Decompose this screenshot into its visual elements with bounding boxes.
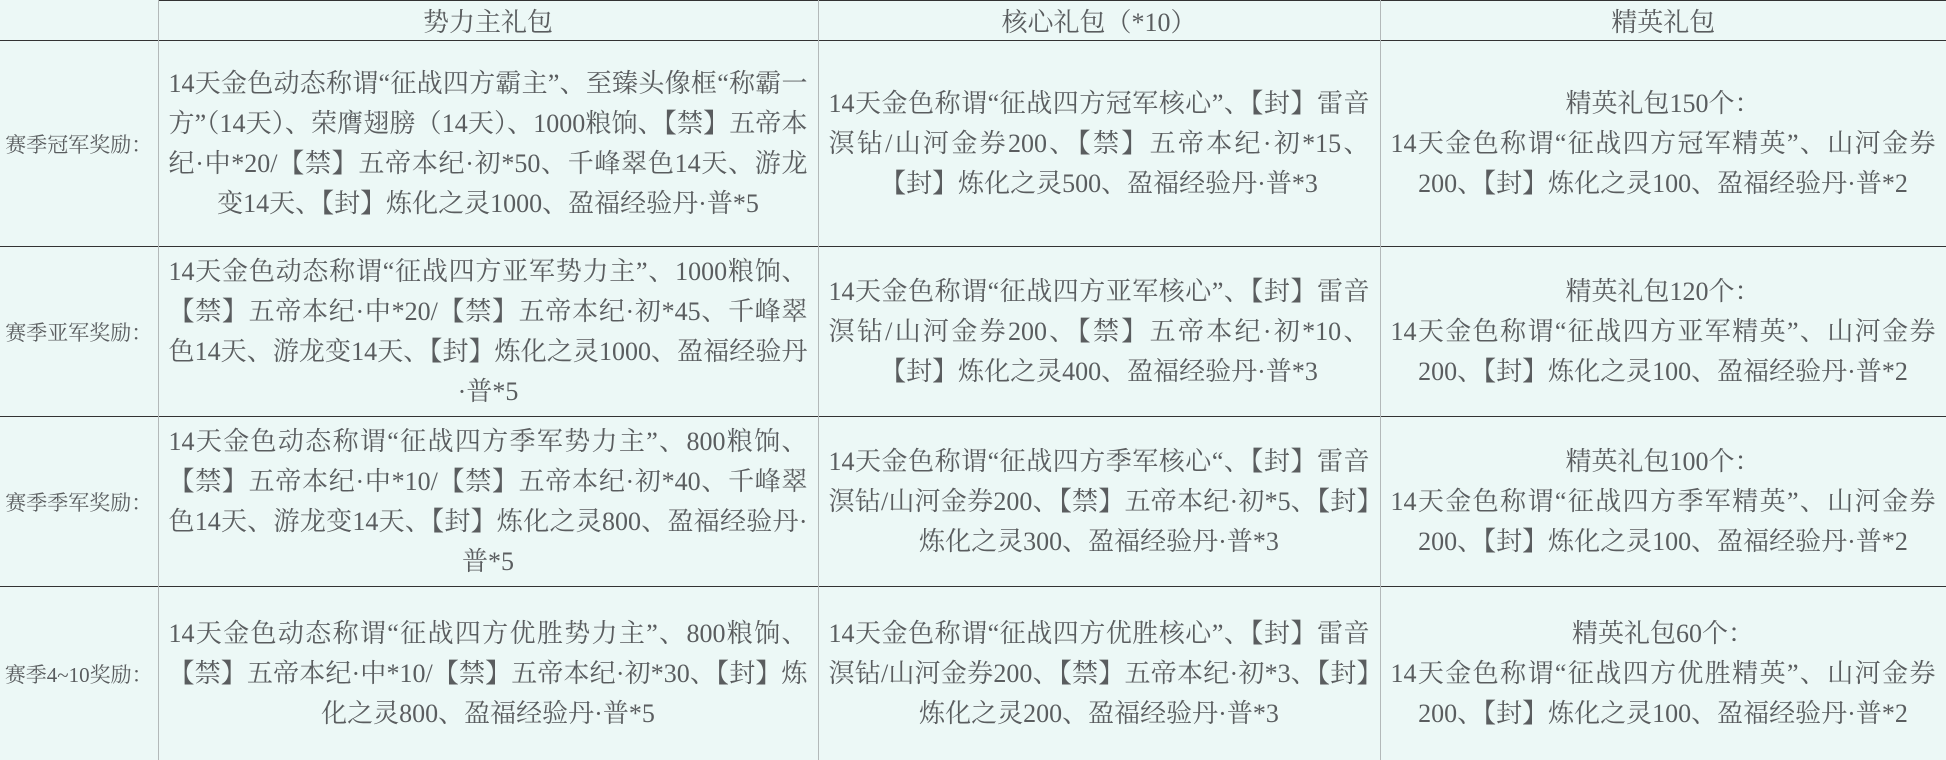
elite-pack-count: 精英礼包150个：	[1391, 84, 1936, 124]
cell-runner-up-faction-pack: 14天金色动态称谓“征战四方亚军势力主”、1000粮饷、【禁】五帝本纪·中*20…	[158, 247, 818, 417]
elite-pack-count: 精英礼包100个：	[1391, 442, 1936, 482]
column-header-core-pack: 核心礼包（*10）	[818, 1, 1380, 41]
row-label-third-place: 赛季季军奖励：	[0, 417, 158, 587]
cell-third-place-elite-pack: 精英礼包100个： 14天金色称谓“征战四方季军精英”、山河金券200、【封】炼…	[1380, 417, 1946, 587]
elite-pack-count: 精英礼包120个：	[1391, 272, 1936, 312]
cell-runner-up-elite-pack: 精英礼包120个： 14天金色称谓“征战四方亚军精英”、山河金券200、【封】炼…	[1380, 247, 1946, 417]
cell-champion-core-pack: 14天金色称谓“征战四方冠军核心”、【封】雷音溟钻/山河金券200、【禁】五帝本…	[818, 41, 1380, 247]
cell-runner-up-core-pack: 14天金色称谓“征战四方亚军核心”、【封】雷音溟钻/山河金券200、【禁】五帝本…	[818, 247, 1380, 417]
column-header-elite-pack: 精英礼包	[1380, 1, 1946, 41]
row-label-champion: 赛季冠军奖励：	[0, 41, 158, 247]
cell-champion-elite-pack: 精英礼包150个： 14天金色称谓“征战四方冠军精英”、山河金券200、【封】炼…	[1380, 41, 1946, 247]
row-label-runner-up: 赛季亚军奖励：	[0, 247, 158, 417]
table-row-third-place: 赛季季军奖励： 14天金色动态称谓“征战四方季军势力主”、800粮饷、【禁】五帝…	[0, 417, 1946, 587]
elite-pack-count: 精英礼包60个：	[1391, 614, 1936, 654]
cell-champion-faction-pack: 14天金色动态称谓“征战四方霸主”、至臻头像框“称霸一方”（14天）、荣膺翅膀（…	[158, 41, 818, 247]
corner-cell	[0, 1, 158, 41]
table-row-runner-up: 赛季亚军奖励： 14天金色动态称谓“征战四方亚军势力主”、1000粮饷、【禁】五…	[0, 247, 1946, 417]
row-label-rank-4-10: 赛季4~10奖励：	[0, 587, 158, 760]
cell-third-place-core-pack: 14天金色称谓“征战四方季军核心“、【封】雷音溟钻/山河金券200、【禁】五帝本…	[818, 417, 1380, 587]
elite-pack-items: 14天金色称谓“征战四方冠军精英”、山河金券200、【封】炼化之灵100、盈福经…	[1391, 124, 1936, 204]
table-row-rank-4-10: 赛季4~10奖励： 14天金色动态称谓“征战四方优胜势力主”、800粮饷、【禁】…	[0, 587, 1946, 760]
cell-rank-4-10-faction-pack: 14天金色动态称谓“征战四方优胜势力主”、800粮饷、【禁】五帝本纪·中*10/…	[158, 587, 818, 760]
cell-rank-4-10-core-pack: 14天金色称谓“征战四方优胜核心”、【封】雷音溟钻/山河金券200、【禁】五帝本…	[818, 587, 1380, 760]
elite-pack-items: 14天金色称谓“征战四方亚军精英”、山河金券200、【封】炼化之灵100、盈福经…	[1391, 312, 1936, 392]
header-row: 势力主礼包 核心礼包（*10） 精英礼包	[0, 1, 1946, 41]
cell-rank-4-10-elite-pack: 精英礼包60个： 14天金色称谓“征战四方优胜精英”、山河金券200、【封】炼化…	[1380, 587, 1946, 760]
season-rewards-table: 势力主礼包 核心礼包（*10） 精英礼包 赛季冠军奖励： 14天金色动态称谓“征…	[0, 0, 1946, 760]
table-row-champion: 赛季冠军奖励： 14天金色动态称谓“征战四方霸主”、至臻头像框“称霸一方”（14…	[0, 41, 1946, 247]
elite-pack-items: 14天金色称谓“征战四方季军精英”、山河金券200、【封】炼化之灵100、盈福经…	[1391, 482, 1936, 562]
elite-pack-items: 14天金色称谓“征战四方优胜精英”、山河金券200、【封】炼化之灵100、盈福经…	[1391, 654, 1936, 734]
column-header-faction-pack: 势力主礼包	[158, 1, 818, 41]
cell-third-place-faction-pack: 14天金色动态称谓“征战四方季军势力主”、800粮饷、【禁】五帝本纪·中*10/…	[158, 417, 818, 587]
